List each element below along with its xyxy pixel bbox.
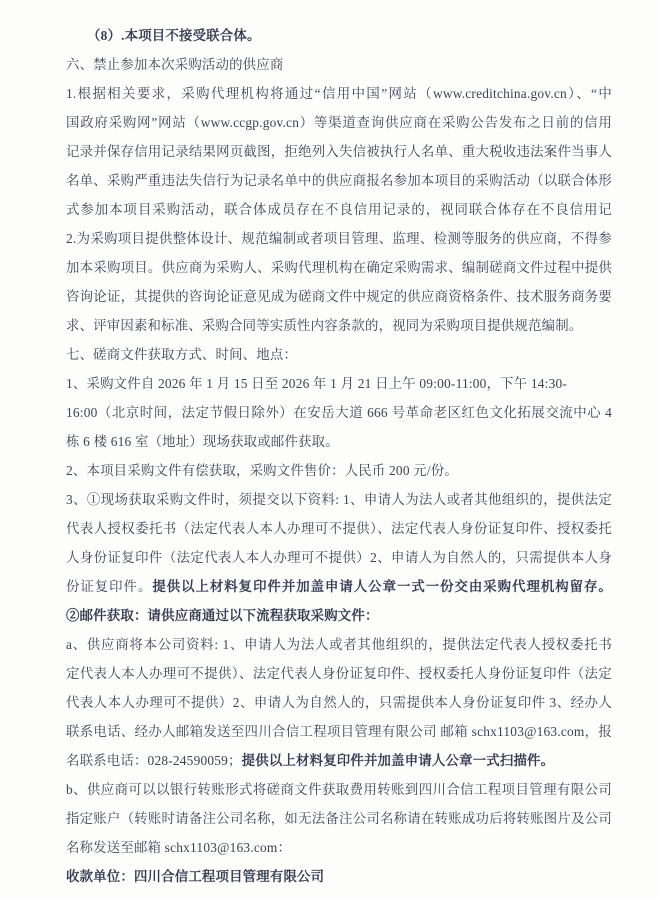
text-line: ②邮件获取：请供应商通过以下流程获取采购文件： bbox=[66, 601, 612, 630]
text-segment: 名联系电话：028-24590059； bbox=[66, 753, 242, 768]
text-line: 16:00（北京时间，法定节假日除外）在安岳大道 666 号革命老区红色文化拓展… bbox=[66, 398, 612, 427]
text-line: 联系电话、经办人邮箱发送至四川合信工程项目管理有限公司 邮箱 schx1103@… bbox=[66, 717, 612, 746]
text-segment: 代表人授权委托书（法定代表人本人办理可不提供）、法定代表人身份证复印件、授权委托 bbox=[66, 521, 612, 536]
text-segment: 3、①现场获取采购文件时，须提交以下资料: 1、申请人为法人或者其他组织的，提供… bbox=[66, 492, 612, 507]
text-line: 代表人本人办理可不提供）2、申请人为自然人的，只需提供本人身份证复印件 3、经办… bbox=[66, 688, 612, 717]
text-line: 名联系电话：028-24590059；提供以上材料复印件并加盖申请人公章一式扫描… bbox=[66, 746, 612, 775]
text-segment: 记录并保存信用记录结果网页截图，拒绝列入失信被执行人名单、重大税收违法案件当事人 bbox=[66, 144, 612, 159]
document-text: （8）.本项目不接受联合体。六、禁止参加本次采购活动的供应商1.根据相关要求，采… bbox=[66, 21, 612, 891]
bold-text-segment: （8）.本项目不接受联合体。 bbox=[87, 28, 261, 43]
text-segment: 六、禁止参加本次采购活动的供应商 bbox=[66, 57, 283, 72]
text-line: 2.为采购项目提供整体设计、规范编制或者项目管理、监理、检测等服务的供应商，不得… bbox=[66, 224, 612, 253]
text-line: 七、磋商文件获取方式、时间、地点： bbox=[66, 340, 612, 369]
document-page: （8）.本项目不接受联合体。六、禁止参加本次采购活动的供应商1.根据相关要求，采… bbox=[0, 0, 660, 900]
text-segment: 名单、采购严重违法失信行为记录名单中的供应商报名参加本项目的采购活动（以联合体形 bbox=[66, 173, 612, 188]
text-segment: 式参加本项目采购活动，联合体成员存在不良信用记录的，视同联合体存在不良信用记录）… bbox=[66, 202, 612, 224]
text-segment: 联系电话、经办人邮箱发送至四川合信工程项目管理有限公司 邮箱 schx1103@… bbox=[66, 724, 612, 739]
text-line: 2、本项目采购文件有偿获取，采购文件售价：人民币 200 元/份。 bbox=[66, 456, 612, 485]
text-segment: 代表人本人办理可不提供）2、申请人为自然人的，只需提供本人身份证复印件 3、经办… bbox=[66, 695, 612, 710]
text-line: 定代表人本人办理可不提供）、法定代表人身份证复印件、授权委托人身份证复印件（法定 bbox=[66, 659, 612, 688]
text-segment: 指定账户（转账时请备注公司名称，如无法备注公司名称请在转账成功后将转账图片及公司 bbox=[66, 811, 612, 826]
text-segment: 人身份证复印件（法定代表人本人办理可不提供）2、申请人为自然人的，只需提供本人身 bbox=[66, 550, 612, 565]
text-line: 1.根据相关要求，采购代理机构将通过“信用中国”网站（www.creditchi… bbox=[66, 79, 612, 108]
text-line: 记录并保存信用记录结果网页截图，拒绝列入失信被执行人名单、重大税收违法案件当事人 bbox=[66, 137, 612, 166]
text-line: 指定账户（转账时请备注公司名称，如无法备注公司名称请在转账成功后将转账图片及公司 bbox=[66, 804, 612, 833]
text-line: 求、评审因素和标准、采购合同等实质性内容条款的，视同为采购项目提供规范编制。 bbox=[66, 311, 612, 340]
text-segment: 1、采购文件自 2026 年 1 月 15 日至 2026 年 1 月 21 日… bbox=[66, 376, 567, 391]
text-line: 式参加本项目采购活动，联合体成员存在不良信用记录的，视同联合体存在不良信用记录）… bbox=[66, 195, 612, 224]
text-line: 1、采购文件自 2026 年 1 月 15 日至 2026 年 1 月 21 日… bbox=[66, 369, 612, 398]
text-segment: 加本采购项目。供应商为采购人、采购代理机构在确定采购需求、编制磋商文件过程中提供 bbox=[66, 260, 612, 275]
text-line: 加本采购项目。供应商为采购人、采购代理机构在确定采购需求、编制磋商文件过程中提供 bbox=[66, 253, 612, 282]
bold-text-segment: ②邮件获取：请供应商通过以下流程获取采购文件： bbox=[66, 608, 379, 623]
text-line: （8）.本项目不接受联合体。 bbox=[66, 21, 612, 50]
text-line: 名单、采购严重违法失信行为记录名单中的供应商报名参加本项目的采购活动（以联合体形 bbox=[66, 166, 612, 195]
text-line: 人身份证复印件（法定代表人本人办理可不提供）2、申请人为自然人的，只需提供本人身 bbox=[66, 543, 612, 572]
text-line: 六、禁止参加本次采购活动的供应商 bbox=[66, 50, 612, 79]
text-line: 国政府采购网”网站（www.ccgp.gov.cn）等渠道查询供应商在采购公告发… bbox=[66, 108, 612, 137]
text-line: 咨询论证，其提供的咨询论证意见成为磋商文件中规定的供应商资格条件、技术服务商务要 bbox=[66, 282, 612, 311]
text-segment: 栋 6 楼 616 室（地址）现场获取或邮件获取。 bbox=[66, 434, 339, 449]
text-line: 份证复印件。提供以上材料复印件并加盖申请人公章一式一份交由采购代理机构留存。 bbox=[66, 572, 612, 601]
text-segment: 国政府采购网”网站（www.ccgp.gov.cn）等渠道查询供应商在采购公告发… bbox=[66, 115, 612, 130]
text-segment: 份证复印件。 bbox=[66, 579, 152, 594]
text-line: 3、①现场获取采购文件时，须提交以下资料: 1、申请人为法人或者其他组织的，提供… bbox=[66, 485, 612, 514]
text-segment: b、供应商可以以银行转账形式将磋商文件获取费用转账到四川合信工程项目管理有限公司 bbox=[66, 782, 612, 797]
bold-text-segment: 提供以上材料复印件并加盖申请人公章一式一份交由采购代理机构留存。 bbox=[152, 579, 612, 594]
bold-text-segment: 收款单位：四川合信工程项目管理有限公司 bbox=[66, 869, 324, 884]
text-line: b、供应商可以以银行转账形式将磋商文件获取费用转账到四川合信工程项目管理有限公司 bbox=[66, 775, 612, 804]
text-segment: 2、本项目采购文件有偿获取，采购文件售价：人民币 200 元/份。 bbox=[66, 463, 458, 478]
text-segment: 2.为采购项目提供整体设计、规范编制或者项目管理、监理、检测等服务的供应商，不得… bbox=[66, 231, 612, 246]
text-line: 名称发送至邮箱 schx1103@163.com： bbox=[66, 833, 612, 862]
text-line: 栋 6 楼 616 室（地址）现场获取或邮件获取。 bbox=[66, 427, 612, 456]
text-segment: 16:00（北京时间，法定节假日除外）在安岳大道 666 号革命老区红色文化拓展… bbox=[66, 405, 612, 420]
text-segment: 名称发送至邮箱 schx1103@163.com： bbox=[66, 840, 291, 855]
text-line: 收款单位：四川合信工程项目管理有限公司 bbox=[66, 862, 612, 891]
text-segment: a、供应商将本公司资料: 1、申请人为法人或者其他组织的，提供法定代表人授权委托… bbox=[66, 637, 612, 659]
text-segment: 七、磋商文件获取方式、时间、地点： bbox=[66, 347, 297, 362]
text-segment: 咨询论证，其提供的咨询论证意见成为磋商文件中规定的供应商资格条件、技术服务商务要 bbox=[66, 289, 612, 304]
text-segment: 定代表人本人办理可不提供）、法定代表人身份证复印件、授权委托人身份证复印件（法定 bbox=[66, 666, 612, 681]
text-segment: 1.根据相关要求，采购代理机构将通过“信用中国”网站（www.creditchi… bbox=[66, 86, 612, 101]
text-line: a、供应商将本公司资料: 1、申请人为法人或者其他组织的，提供法定代表人授权委托… bbox=[66, 630, 612, 659]
bold-text-segment: 提供以上材料复印件并加盖申请人公章一式扫描件。 bbox=[242, 753, 555, 768]
text-segment: 求、评审因素和标准、采购合同等实质性内容条款的，视同为采购项目提供规范编制。 bbox=[66, 318, 582, 333]
text-line: 代表人授权委托书（法定代表人本人办理可不提供）、法定代表人身份证复印件、授权委托 bbox=[66, 514, 612, 543]
